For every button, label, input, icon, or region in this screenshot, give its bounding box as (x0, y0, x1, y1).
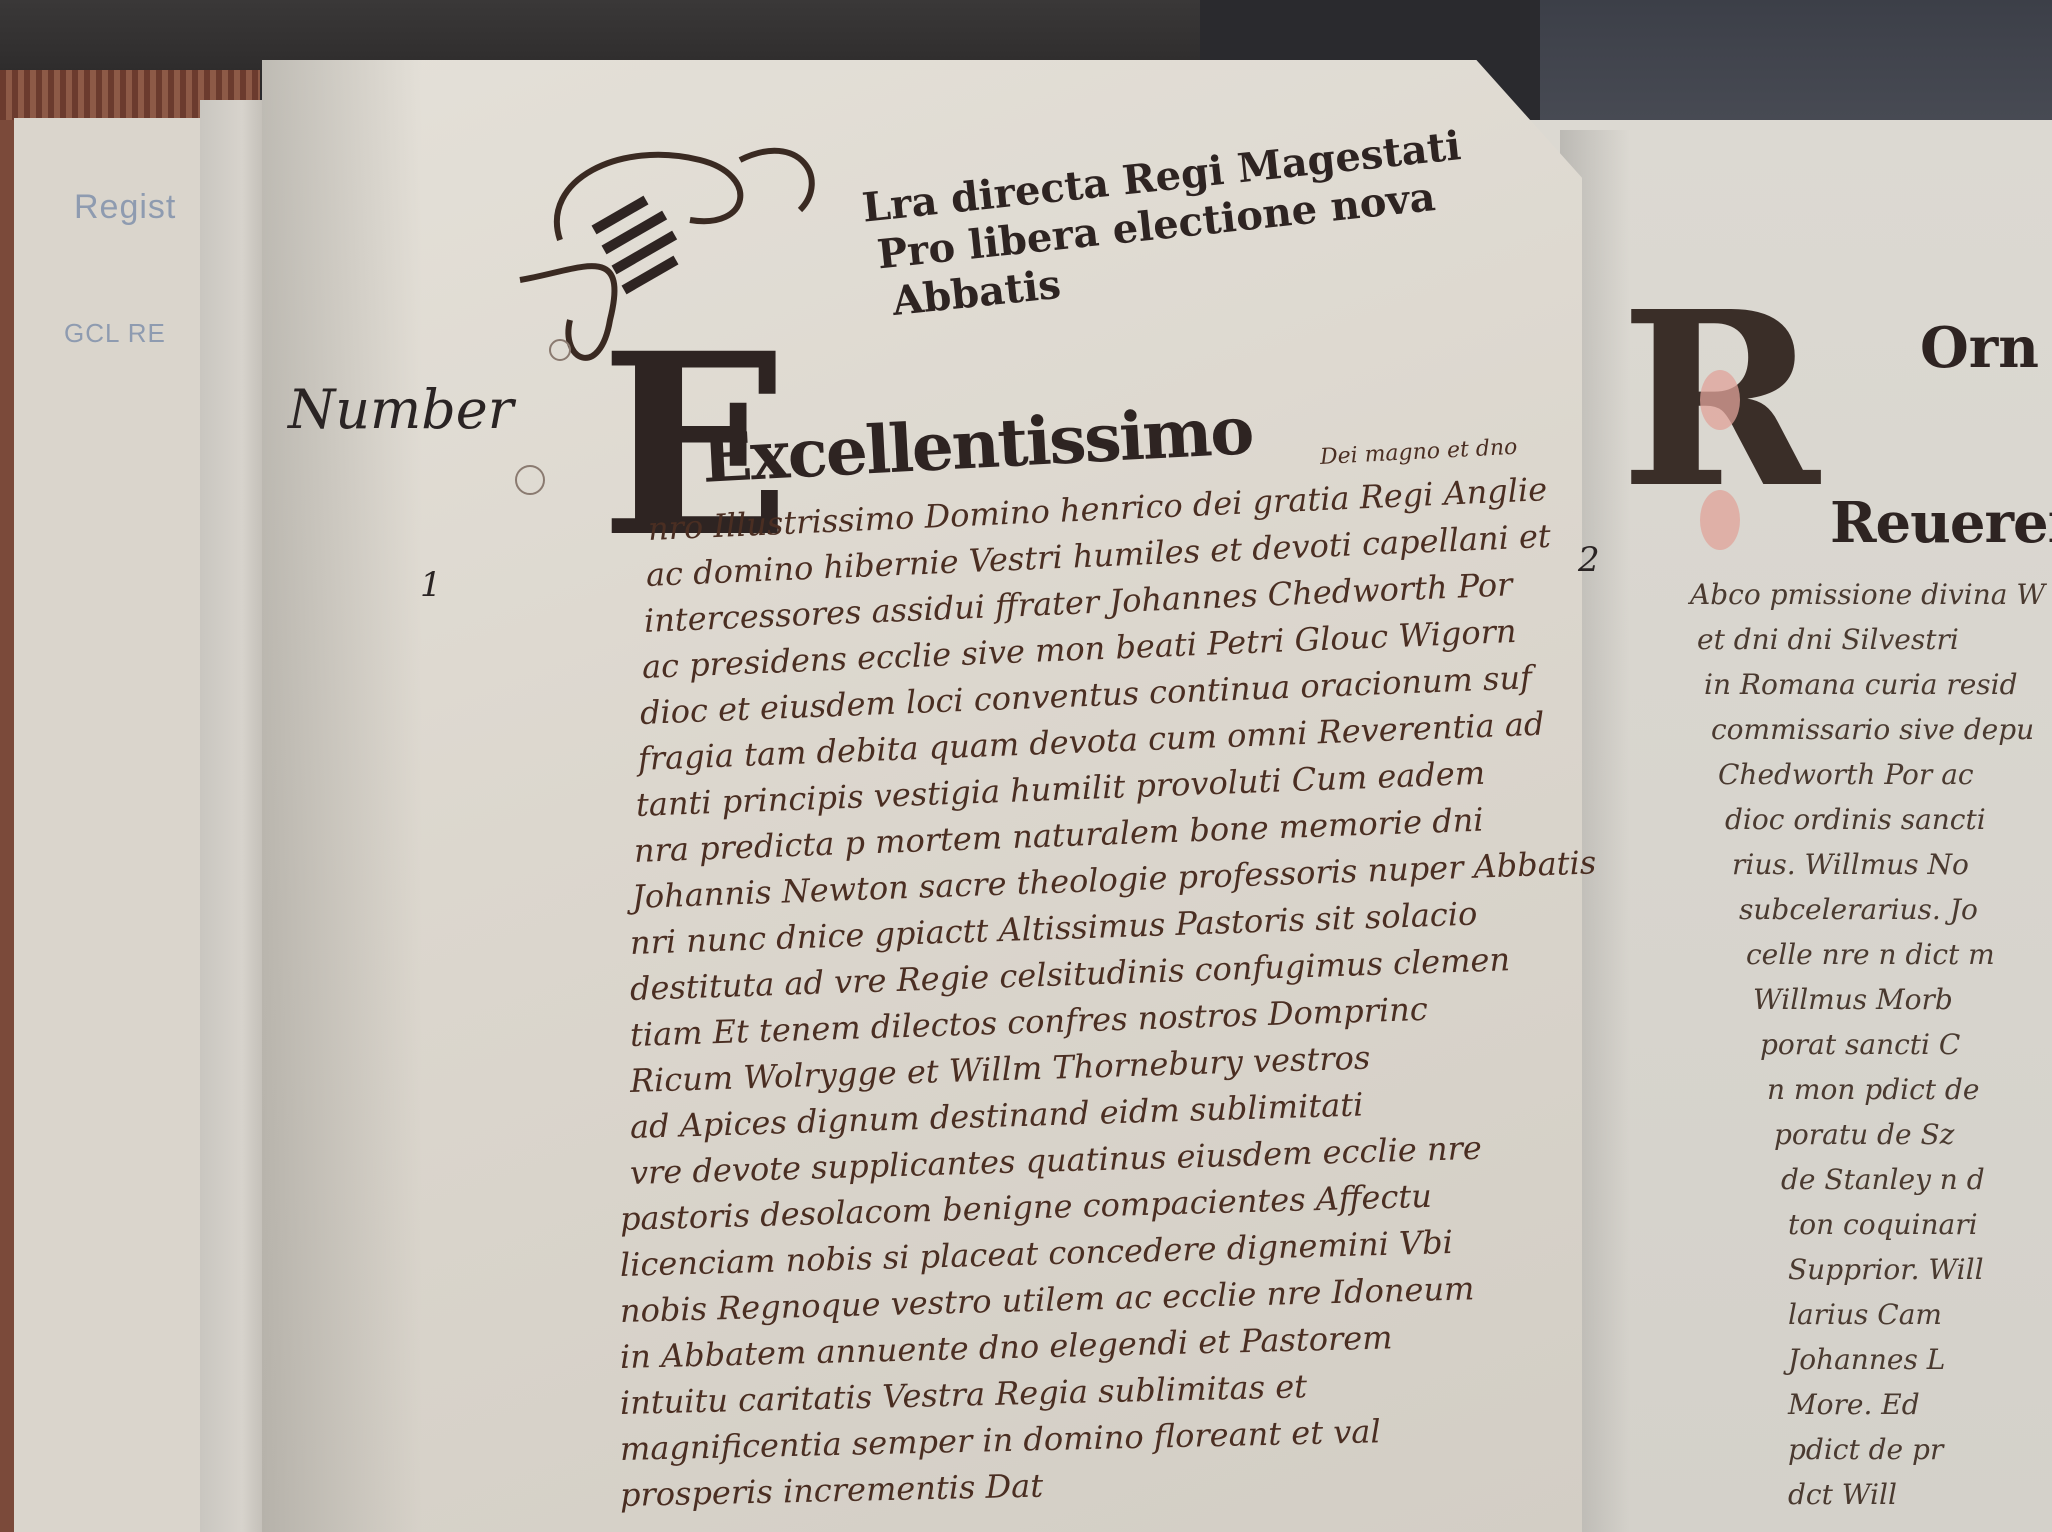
manuscript-line: de Stanley n d (1781, 1163, 1985, 1196)
manuscript-line: Willmus Morb (1753, 983, 1953, 1016)
manuscript-line: larius Cam (1788, 1298, 1942, 1331)
margin-label-number: Number (288, 378, 514, 441)
pencil-note: GCL RE (64, 318, 166, 349)
manuscript-line: commissario sive depu (1711, 713, 2034, 746)
manuscript-line: porat sancti C (1760, 1028, 1960, 1061)
manuscript-line: n mon pdict de (1767, 1073, 1979, 1106)
guard-strip (200, 100, 270, 1532)
manuscript-line: in Romana curia resid (1704, 668, 2018, 701)
manuscript-line: et dni dni Silvestri (1697, 623, 1959, 656)
manuscript-line: ton coquinari (1788, 1208, 1978, 1241)
manuscript-line: Johannes L (1788, 1343, 1945, 1376)
manuscript-line: Abco pmissione divina W (1690, 578, 2045, 611)
right-incipit: Reuerem (1830, 490, 2052, 556)
manuscript-line: More. Ed (1788, 1388, 1920, 1421)
red-foliate-decoration-icon (1700, 370, 1740, 430)
manuscript-line: rius. Willmus No (1732, 848, 1969, 881)
manuscript-line: Chedworth Por ac (1718, 758, 1974, 791)
manuscript-line: subcelerarius. Jo (1739, 893, 1978, 926)
manuscript-line: poratu de Sz (1774, 1118, 1954, 1151)
page-shadow (262, 60, 422, 1532)
manuscript-line: dioc ordinis sancti (1725, 803, 1986, 836)
pencil-note: Regist (74, 188, 176, 227)
manuscript-line: dct Will (1788, 1478, 1897, 1511)
right-heading-fragment: Orn (1920, 315, 2039, 381)
manuscript-line: celle nre n dict m (1746, 938, 1995, 971)
red-foliate-decoration-icon (1700, 490, 1740, 550)
manuscript-line: Supprior. Will (1788, 1253, 1984, 1286)
entry-number-right: 2 (1578, 540, 1600, 580)
manuscript-line: pdict de pr (1788, 1433, 1943, 1466)
entry-number: 1 (420, 565, 442, 605)
